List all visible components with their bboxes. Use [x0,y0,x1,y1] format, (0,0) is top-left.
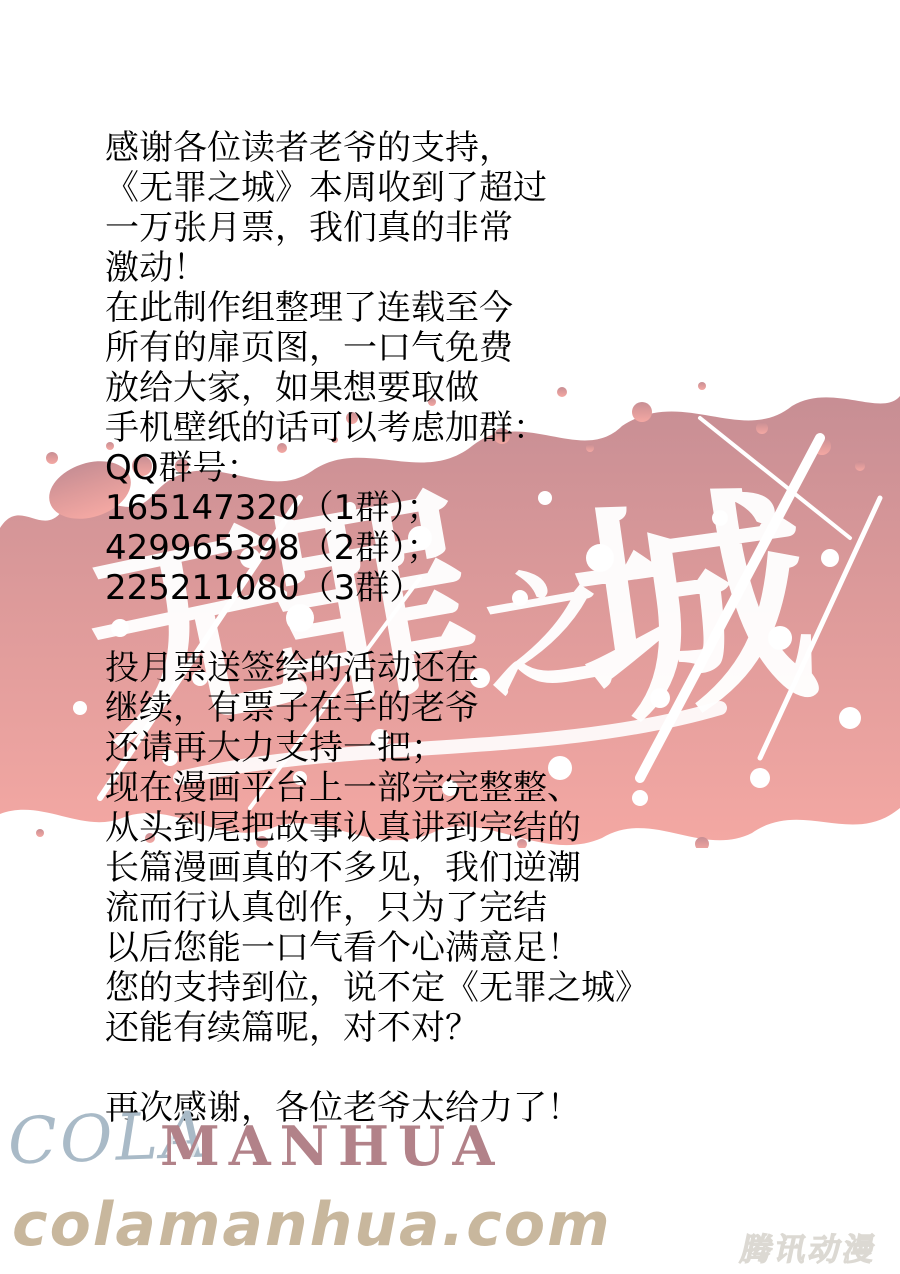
comic-page: 无 罪 之 城 感谢各位读者老爷的支持， 《无罪之城》本周收到了超过 一万张月票… [0,0,900,1274]
watermark-tencent-comics: 腾讯动漫 [737,1224,883,1269]
announcement-text: 感谢各位读者老爷的支持， 《无罪之城》本周收到了超过 一万张月票，我们真的非常 … [105,128,665,1128]
watermark-manhua: MANHUA [160,1114,503,1178]
watermark-site-url: colamanhua.com [12,1190,612,1260]
